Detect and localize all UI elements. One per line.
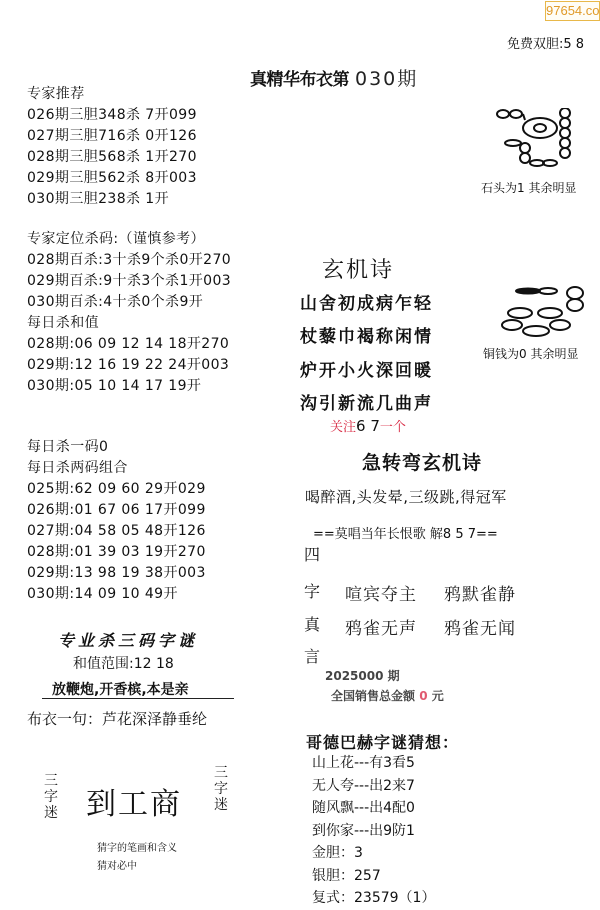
list-item: 028期三胆568杀 1开270: [27, 147, 197, 168]
stone-caption: 石头为1 其余明显: [481, 179, 576, 196]
side-label-left: 三字迷: [42, 773, 60, 821]
list-item: 030期:05 10 14 17 19开: [27, 376, 231, 397]
list-item: 030期:14 09 10 49开: [27, 584, 206, 605]
list-item: 028期:01 39 03 19开270: [27, 542, 206, 563]
stone-figure-icon: [495, 108, 585, 178]
four-char-phrase: 鸦雀无闻: [444, 614, 516, 639]
follow-prefix: 关注: [330, 420, 356, 435]
poem-line: 山舍初成病乍轻: [300, 289, 433, 314]
list-item: 银胆：257: [312, 865, 435, 888]
kill-three-title: 专业杀三码字谜: [58, 628, 198, 651]
sales-total-value: 0: [419, 689, 427, 703]
list-item: 026期:01 67 06 17开099: [27, 500, 206, 521]
follow-suffix: 一个: [380, 420, 406, 435]
list-item: 金胆：3: [312, 842, 435, 865]
sum-range: 和值范围:12 18: [73, 653, 174, 673]
daily-kill-two-section: 每日杀一码0 每日杀两码组合 025期:62 09 60 29开029 026期…: [27, 437, 206, 605]
list-item: 029期三胆562杀 8开003: [27, 168, 197, 189]
four-char-label: 四: [304, 542, 320, 565]
title-issue: 030期: [355, 68, 418, 90]
list-item: 029期百杀:9十杀3个杀1开003: [27, 271, 231, 292]
list-item: 030期百杀:4十杀0个杀9开: [27, 292, 231, 313]
list-item: 026期三胆348杀 7开099: [27, 105, 197, 126]
list-item: 复式：23579（1）: [312, 887, 435, 910]
list-item: 随风飘---出4配0: [312, 797, 435, 820]
sales-total: 全国销售总金额 0 元: [331, 687, 444, 704]
list-item: 到你家---出9防1: [312, 820, 435, 843]
four-char-phrase: 喧宾夺主: [345, 580, 417, 605]
page-title: 真精华布衣第030期: [250, 64, 418, 91]
goldbach-title: 哥德巴赫字谜猜想：: [306, 730, 459, 753]
side-label-right: 三字迷: [212, 765, 230, 813]
buyi-sentence: 布衣一句：芦花深泽静垂纶: [27, 708, 207, 729]
divider: [42, 698, 234, 699]
list-item: 027期:04 58 05 48开126: [27, 521, 206, 542]
four-char-label: 字: [304, 579, 320, 602]
section-heading: 每日杀和值: [27, 313, 231, 334]
poem-title: 玄机诗: [322, 253, 394, 284]
sharp-turn-title: 急转弯玄机诗: [362, 448, 482, 475]
list-item: 山上花---有3看5: [312, 752, 435, 775]
expert-recommend-section: 专家推荐 026期三胆348杀 7开099 027期三胆716杀 0开126 0…: [27, 84, 197, 210]
list-item: 030期三胆238杀 1开: [27, 189, 197, 210]
riddle-hint: 猜字的笔画和含义: [97, 839, 177, 854]
four-char-phrase: 鸦默雀静: [444, 580, 516, 605]
goldbach-list: 山上花---有3看5 无人夸---出2来7 随风飘---出4配0 到你家---出…: [312, 752, 435, 910]
sales-total-prefix: 全国销售总金额: [331, 689, 419, 703]
section-heading: 专家定位杀码:（谨慎参考）: [27, 229, 231, 250]
list-item: 027期三胆716杀 0开126: [27, 126, 197, 147]
section-heading: 专家推荐: [27, 84, 197, 105]
watermark-badge: 97654.com: [545, 1, 600, 21]
section-heading: 每日杀两码组合: [27, 458, 206, 479]
free-double-dan: 免费双胆:5 8: [507, 33, 584, 52]
list-item: 029期:13 98 19 38开003: [27, 563, 206, 584]
riddle-word: 到工商: [86, 779, 182, 823]
four-char-phrase: 鸦雀无声: [345, 614, 417, 639]
four-char-label: 言: [304, 644, 320, 667]
riddle-hint: 猜对必中: [97, 857, 137, 872]
expert-position-kill-section: 专家定位杀码:（谨慎参考） 028期百杀:3十杀9个杀0开270 029期百杀:…: [27, 229, 231, 397]
poem-line: 沟引新流几曲声: [300, 389, 433, 414]
title-text: 真精华布衣第: [250, 70, 349, 90]
sales-issue: 2025000 期: [325, 667, 400, 684]
song-line: ==莫唱当年长恨歌 解8 5 7==: [313, 523, 498, 542]
coin-figure-icon: [500, 285, 590, 340]
list-item: 028期:06 09 12 14 18开270: [27, 334, 231, 355]
four-char-label: 真: [304, 612, 320, 635]
list-item: 025期:62 09 60 29开029: [27, 479, 206, 500]
follow-nums: 6 7: [356, 417, 380, 435]
sales-total-suffix: 元: [428, 689, 444, 703]
sharp-turn-line: 喝醉酒,头发晕,三级跳,得冠军: [305, 486, 507, 507]
list-item: 028期百杀:3十杀9个杀0开270: [27, 250, 231, 271]
list-item: 029期:12 16 19 22 24开003: [27, 355, 231, 376]
poem-line: 杖藜巾褐称闲情: [300, 322, 433, 347]
kill-three-riddle: 放鞭炮,开香槟,本是亲: [52, 679, 189, 699]
follow-line: 关注6 7一个: [330, 416, 406, 435]
list-item: 无人夸---出2来7: [312, 775, 435, 798]
coin-caption: 铜钱为0 其余明显: [483, 345, 578, 362]
poem-line: 炉开小火深回暖: [300, 356, 433, 381]
daily-kill-one: 每日杀一码0: [27, 437, 206, 458]
